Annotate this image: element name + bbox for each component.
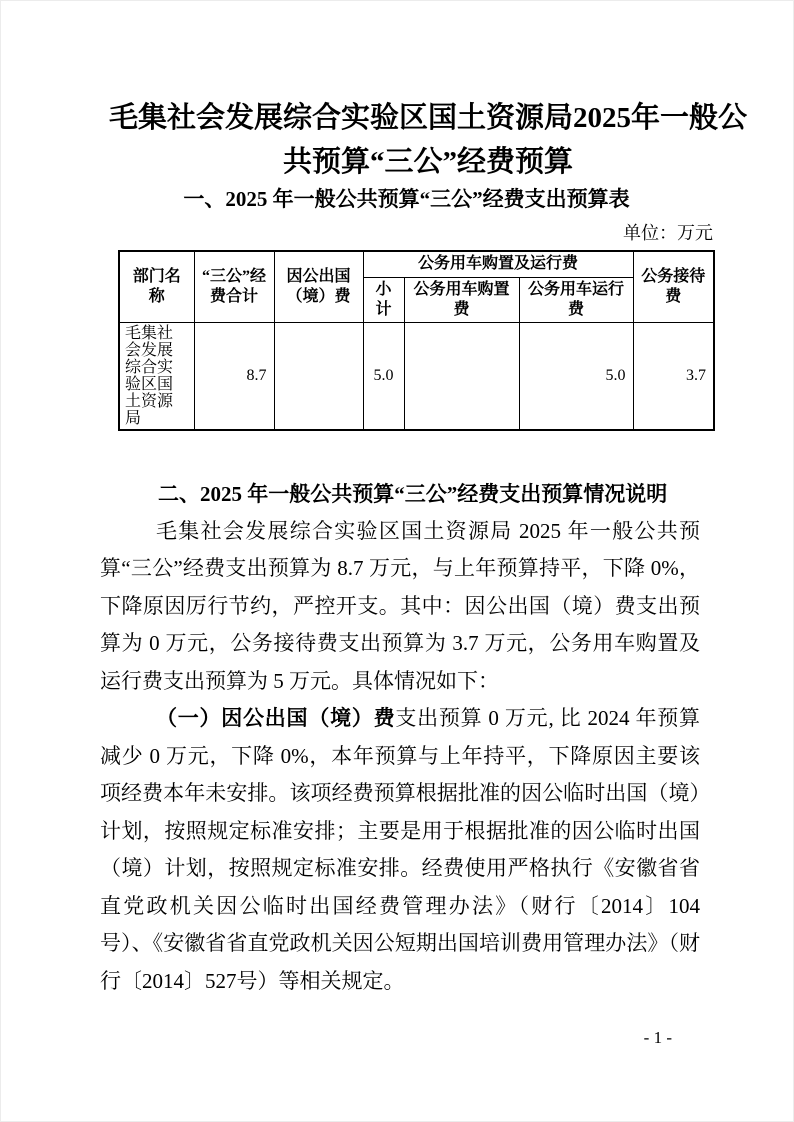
col-header-subtotal: 小计 [363, 277, 404, 322]
col-header-total: “三公”经费合计 [194, 251, 274, 322]
document-title: 毛集社会发展综合实验区国土资源局2025年一般公共预算“三公”经费预算 [100, 0, 756, 184]
document-page: 毛集社会发展综合实验区国土资源局2025年一般公共预算“三公”经费预算 一、20… [0, 0, 794, 1122]
page-content: 毛集社会发展综合实验区国土资源局2025年一般公共预算“三公”经费预算 一、20… [100, 0, 713, 1000]
cell-vehicle-purchase [404, 322, 519, 430]
col-header-reception: 公务接待费 [633, 251, 714, 322]
page-number: - 1 - [644, 1028, 672, 1048]
col-header-abroad: 因公出国（境）费 [274, 251, 363, 322]
col-header-vehicle-group: 公务用车购置及运行费 [363, 251, 633, 277]
paragraph-item1-lead: （一）因公出国（境）费 [156, 706, 395, 730]
table-unit-label: 单位：万元 [100, 220, 713, 246]
cell-total: 8.7 [194, 322, 274, 430]
table-header-row-1: 部门名称 “三公”经费合计 因公出国（境）费 公务用车购置及运行费 公务接待费 [119, 251, 714, 277]
cell-reception: 3.7 [633, 322, 714, 430]
cell-subtotal: 5.0 [363, 322, 404, 430]
budget-table: 部门名称 “三公”经费合计 因公出国（境）费 公务用车购置及运行费 公务接待费 … [118, 250, 715, 431]
section-2-heading: 二、2025 年一般公共预算“三公”经费支出预算情况说明 [100, 475, 713, 513]
paragraph-overview: 毛集社会发展综合实验区国土资源局 2025 年一般公共预算“三公”经费支出预算为… [100, 513, 700, 701]
col-header-vehicle-operation: 公务用车运行费 [519, 277, 633, 322]
cell-abroad [274, 322, 363, 430]
col-header-department: 部门名称 [119, 251, 194, 322]
cell-vehicle-operation: 5.0 [519, 322, 633, 430]
paragraph-item1: （一）因公出国（境）费支出预算 0 万元, 比 2024 年预算减少 0 万元，… [100, 700, 700, 1000]
cell-department: 毛集社会发展综合实验区国土资源局 [119, 322, 194, 430]
table-row: 毛集社会发展综合实验区国土资源局 8.7 5.0 5.0 3.7 [119, 322, 714, 430]
col-header-vehicle-purchase: 公务用车购置费 [404, 277, 519, 322]
section-1-heading: 一、2025 年一般公共预算“三公”经费支出预算表 [100, 184, 713, 214]
paragraph-item1-body: 支出预算 0 万元, 比 2024 年预算减少 0 万元，下降 0%，本年预算与… [100, 706, 700, 993]
